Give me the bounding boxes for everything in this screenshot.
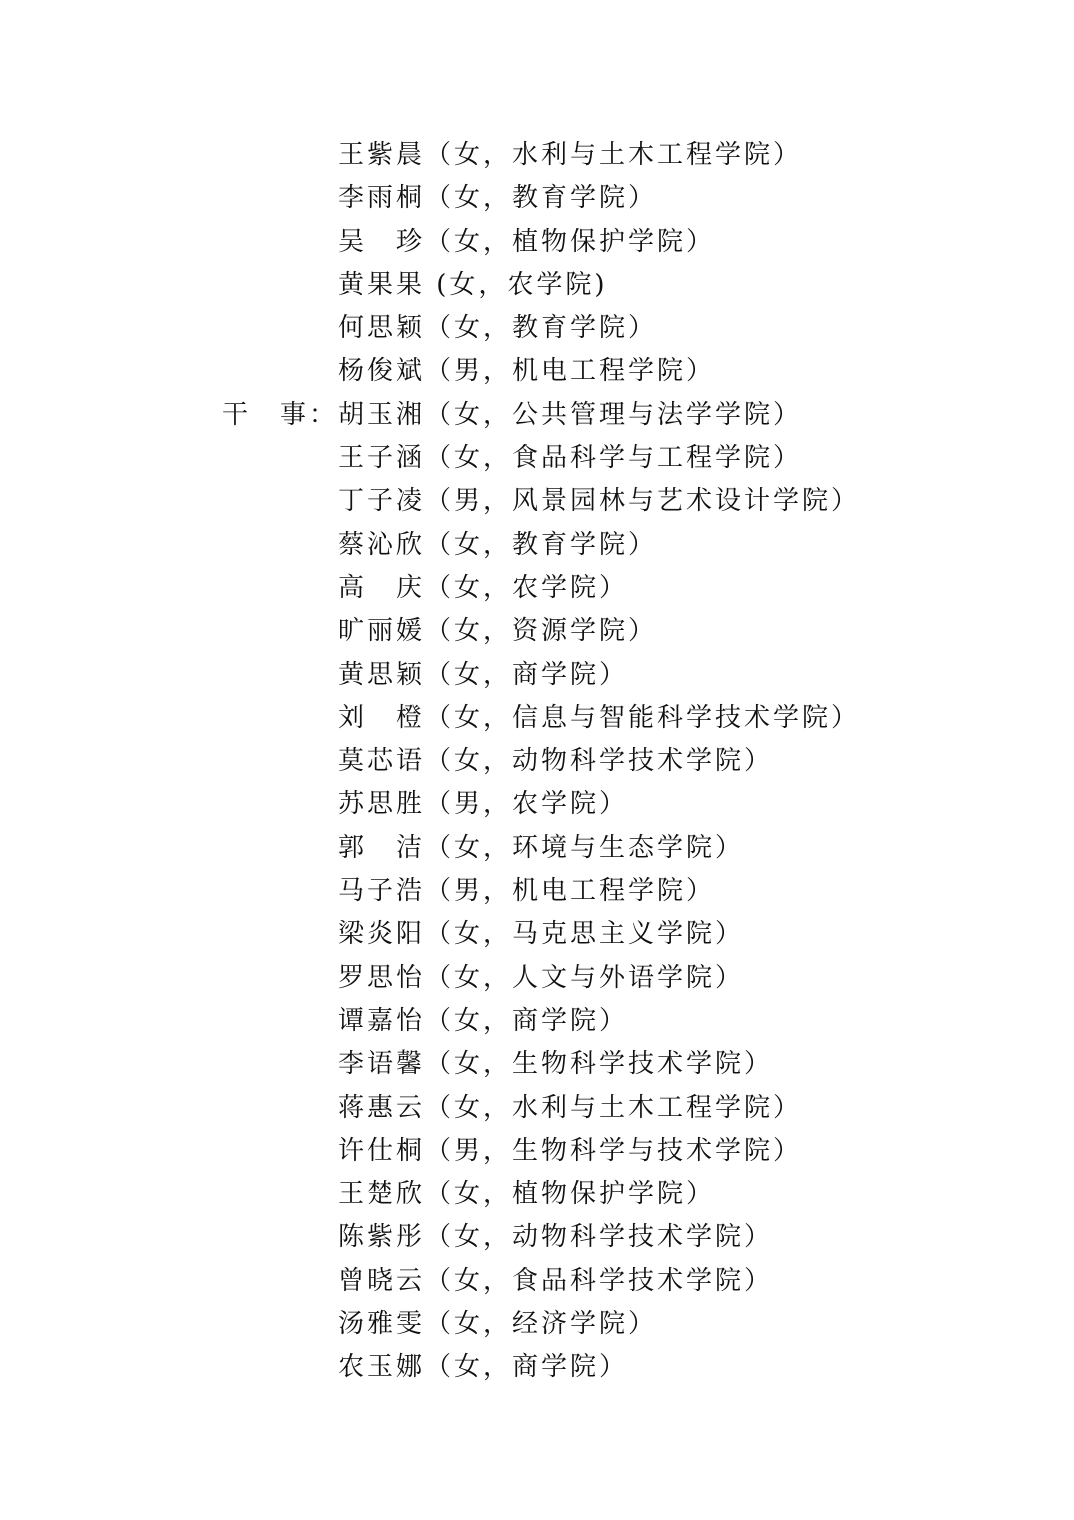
member-entry: 杨俊斌（男，机电工程学院）	[338, 350, 715, 393]
member-entry: 苏思胜（男，农学院）	[338, 783, 628, 826]
member-entry: 许仕桐（男，生物科学与技术学院）	[338, 1130, 802, 1173]
member-entry: 刘 橙（女，信息与智能科学技术学院）	[338, 697, 860, 740]
list-item: 王楚欣（女，植物保护学院）	[0, 1173, 1074, 1216]
member-entry: 李雨桐（女，教育学院）	[338, 177, 657, 220]
list-item: 旷丽媛（女，资源学院）	[0, 610, 1074, 653]
list-item: 黄果果 (女，农学院)	[0, 264, 1074, 307]
member-entry: 蔡沁欣（女，教育学院）	[338, 524, 657, 567]
member-entry: 胡玉湘（女，公共管理与法学学院）	[338, 394, 802, 437]
member-entry: 高 庆（女，农学院）	[338, 567, 628, 610]
member-entry: 曾晓云（女，食品科学技术学院）	[338, 1260, 773, 1303]
list-item: 王紫晨（女，水利与土木工程学院）	[0, 134, 1074, 177]
list-item: 汤雅雯（女，经济学院）	[0, 1303, 1074, 1346]
list-item: 谭嘉怡（女，商学院）	[0, 1000, 1074, 1043]
member-entry: 王紫晨（女，水利与土木工程学院）	[338, 134, 802, 177]
list-item: 农玉娜（女，商学院）	[0, 1346, 1074, 1389]
document-page: 王紫晨（女，水利与土木工程学院） 李雨桐（女，教育学院） 吴 珍（女，植物保护学…	[0, 0, 1074, 1520]
member-entry: 王子涵（女，食品科学与工程学院）	[338, 437, 802, 480]
member-entry: 莫芯语（女，动物科学技术学院）	[338, 740, 773, 783]
member-entry: 李语馨（女，生物科学技术学院）	[338, 1043, 773, 1086]
member-entry: 蒋惠云（女，水利与土木工程学院）	[338, 1087, 802, 1130]
member-entry: 谭嘉怡（女，商学院）	[338, 1000, 628, 1043]
member-entry: 郭 洁（女，环境与生态学院）	[338, 827, 744, 870]
list-item: 李雨桐（女，教育学院）	[0, 177, 1074, 220]
list-item: 梁炎阳（女，马克思主义学院）	[0, 913, 1074, 956]
list-item: 刘 橙（女，信息与智能科学技术学院）	[0, 697, 1074, 740]
list-item: 蔡沁欣（女，教育学院）	[0, 524, 1074, 567]
list-item: 干 事：胡玉湘（女，公共管理与法学学院）	[0, 394, 1074, 437]
list-item: 丁子凌（男，风景园林与艺术设计学院）	[0, 480, 1074, 523]
member-entry: 汤雅雯（女，经济学院）	[338, 1303, 657, 1346]
list-item: 许仕桐（男，生物科学与技术学院）	[0, 1130, 1074, 1173]
member-entry: 黄果果 (女，农学院)	[338, 264, 608, 307]
member-entry: 丁子凌（男，风景园林与艺术设计学院）	[338, 480, 860, 523]
member-entry: 马子浩（男，机电工程学院）	[338, 870, 715, 913]
member-entry: 陈紫彤（女，动物科学技术学院）	[338, 1216, 773, 1259]
member-entry: 王楚欣（女，植物保护学院）	[338, 1173, 715, 1216]
member-entry: 罗思怡（女，人文与外语学院）	[338, 957, 744, 1000]
list-item: 吴 珍（女，植物保护学院）	[0, 221, 1074, 264]
list-item: 曾晓云（女，食品科学技术学院）	[0, 1260, 1074, 1303]
member-list: 王紫晨（女，水利与土木工程学院） 李雨桐（女，教育学院） 吴 珍（女，植物保护学…	[0, 134, 1074, 1390]
list-item: 罗思怡（女，人文与外语学院）	[0, 957, 1074, 1000]
list-item: 苏思胜（男，农学院）	[0, 783, 1074, 826]
list-item: 陈紫彤（女，动物科学技术学院）	[0, 1216, 1074, 1259]
list-item: 郭 洁（女，环境与生态学院）	[0, 827, 1074, 870]
member-entry: 吴 珍（女，植物保护学院）	[338, 221, 715, 264]
list-item: 高 庆（女，农学院）	[0, 567, 1074, 610]
member-entry: 农玉娜（女，商学院）	[338, 1346, 628, 1389]
role-label: 干 事：	[222, 394, 338, 437]
list-item: 黄思颖（女，商学院）	[0, 654, 1074, 697]
list-item: 莫芯语（女，动物科学技术学院）	[0, 740, 1074, 783]
member-entry: 旷丽媛（女，资源学院）	[338, 610, 657, 653]
member-entry: 何思颖（女，教育学院）	[338, 307, 657, 350]
list-item: 王子涵（女，食品科学与工程学院）	[0, 437, 1074, 480]
member-entry: 梁炎阳（女，马克思主义学院）	[338, 913, 744, 956]
list-item: 马子浩（男，机电工程学院）	[0, 870, 1074, 913]
list-item: 李语馨（女，生物科学技术学院）	[0, 1043, 1074, 1086]
list-item: 何思颖（女，教育学院）	[0, 307, 1074, 350]
list-item: 杨俊斌（男，机电工程学院）	[0, 350, 1074, 393]
member-entry: 黄思颖（女，商学院）	[338, 654, 628, 697]
list-item: 蒋惠云（女，水利与土木工程学院）	[0, 1087, 1074, 1130]
